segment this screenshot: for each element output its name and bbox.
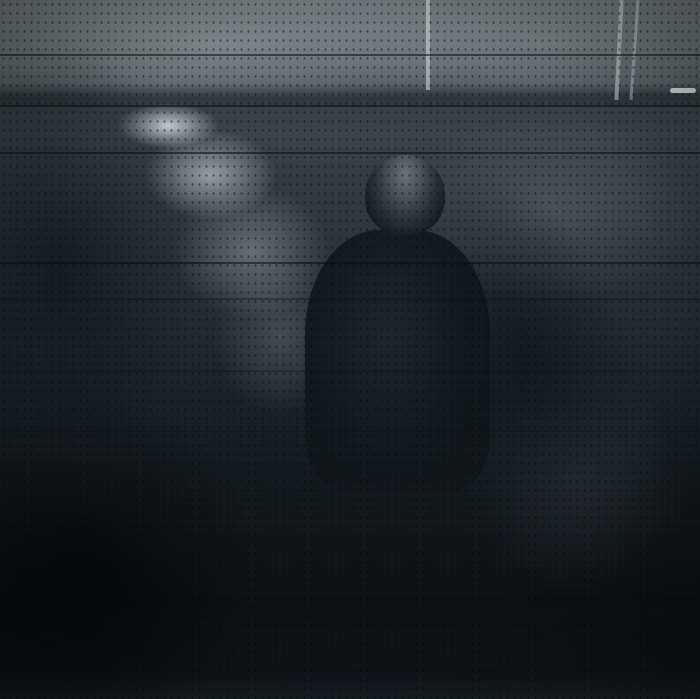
vignette [0, 0, 700, 699]
photograph [0, 0, 700, 699]
